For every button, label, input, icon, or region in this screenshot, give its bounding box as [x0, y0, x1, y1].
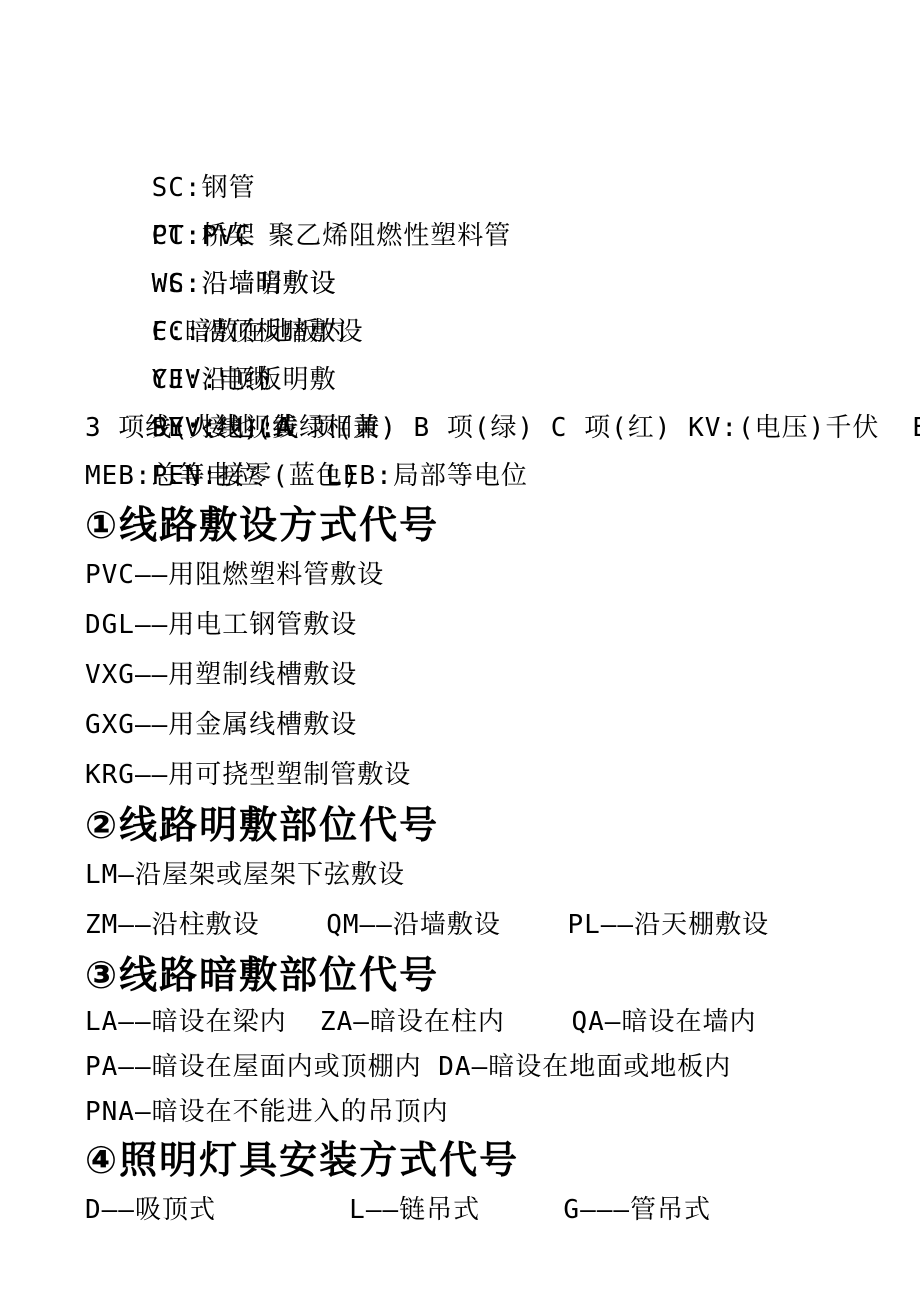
- legend-term-left: CT:桥架: [152, 212, 437, 260]
- section-line: LM—沿屋架或屋架下弦敷设: [85, 850, 890, 900]
- section-line: D——吸顶式 L——链吊式 G———管吊式: [85, 1185, 890, 1235]
- section-line: KRG——用可挠型塑制管敷设: [85, 750, 890, 800]
- legend-term-left: SC:钢管: [152, 164, 437, 212]
- legend-term-left: WS:沿墙明敷设: [152, 260, 437, 308]
- section-line: PVC——用阻燃塑料管敷设: [85, 550, 890, 600]
- section-wiring-laying-method: ①线路敷设方式代号 PVC——用阻燃塑料管敷设 DGL——用电工钢管敷设 VXG…: [85, 500, 890, 800]
- section-heading: ①线路敷设方式代号: [85, 500, 890, 550]
- section-concealed-wiring-location: ③线路暗敷部位代号 LA——暗设在梁内 ZA—暗设在柱内 QA—暗设在墙内 PA…: [85, 950, 890, 1135]
- section-line: VXG——用塑制线槽敷设: [85, 650, 890, 700]
- section-line: GXG——用金属线槽敷设: [85, 700, 890, 750]
- legend-row-full: MEB:总等电位 LEB:局部等电位: [85, 452, 890, 500]
- section-exposed-wiring-location: ②线路明敷部位代号 LM—沿屋架或屋架下弦敷设 ZM——沿柱敷设 QM——沿墙敷…: [85, 800, 890, 950]
- section-line: PA——暗设在屋面内或顶棚内 DA—暗设在地面或地板内: [85, 1045, 890, 1090]
- legend-term-left: YJV:电缆: [152, 356, 437, 404]
- section-heading: ③线路暗敷部位代号: [85, 950, 890, 1000]
- section-heading: ④照明灯具安装方式代号: [85, 1135, 890, 1185]
- section-heading: ②线路明敷部位代号: [85, 800, 890, 850]
- section-luminaire-mounting-method: ④照明灯具安装方式代号 D——吸顶式 L——链吊式 G———管吊式: [85, 1135, 890, 1235]
- legend-row-full: 3 项线(火线):A 项(黄) B 项(绿) C 项(红) KV:(电压)千伏 …: [85, 404, 890, 452]
- legend-row: SC:钢管 PC:PVC 聚乙烯阻燃性塑料管: [85, 116, 890, 164]
- section-line: ZM——沿柱敷设 QM——沿墙敷设 PL——沿天棚敷设: [85, 900, 890, 950]
- section-line: LA——暗设在梁内 ZA—暗设在柱内 QA—暗设在墙内: [85, 1000, 890, 1045]
- legend-term-left: F:暗敷在地板内: [152, 308, 437, 356]
- section-line: PNA—暗设在不能进入的吊顶内: [85, 1090, 890, 1135]
- section-line: DGL——用电工钢管敷设: [85, 600, 890, 650]
- document-page: SC:钢管 PC:PVC 聚乙烯阻燃性塑料管 CT:桥架 WC:沿墙暗敷设 WS…: [0, 0, 920, 1302]
